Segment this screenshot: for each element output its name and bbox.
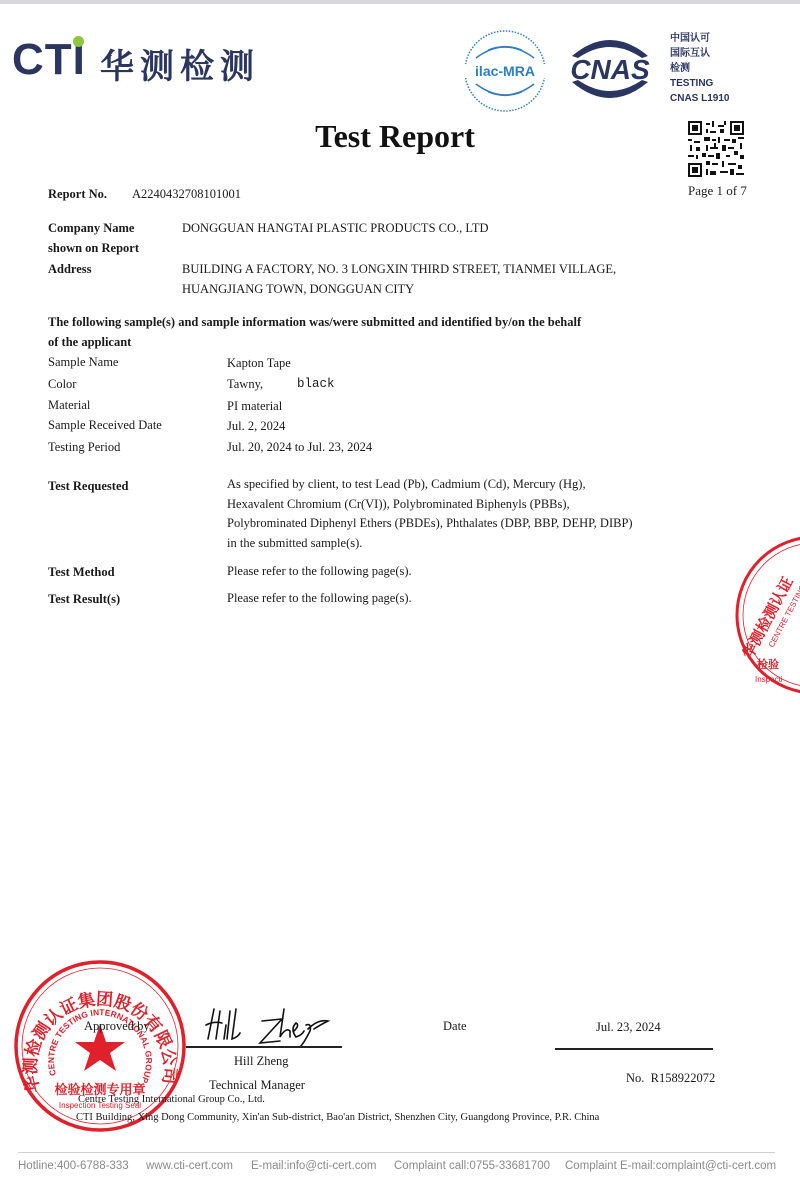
cnas-line: 国际互认 <box>670 46 729 61</box>
test-method-value: Please refer to the following page(s). <box>227 564 412 579</box>
date-line <box>555 1048 713 1050</box>
official-stamp-icon: 华测检测认证集团股份有限公司 CENTRE TESTING INTERNATIO… <box>12 958 188 1134</box>
svg-text:ilac-MRA: ilac-MRA <box>475 63 535 79</box>
field-label-color: Color <box>48 377 76 392</box>
address-line-1: BUILDING A FACTORY, NO. 3 LONGXIN THIRD … <box>182 262 616 277</box>
footer-divider <box>18 1152 775 1153</box>
svg-text:检验: 检验 <box>757 657 779 671</box>
cnas-line: TESTING <box>670 76 729 91</box>
svg-text:Inspecti: Inspecti <box>755 675 783 684</box>
report-no-label: Report No. <box>48 187 107 202</box>
test-requested-line: Polybrominated Diphenyl Ethers (PBDEs), … <box>227 516 633 531</box>
test-result-label: Test Result(s) <box>48 592 120 607</box>
report-title: Test Report <box>0 118 790 155</box>
date-label: Date <box>443 1019 467 1034</box>
field-label-testing-period: Testing Period <box>48 440 120 455</box>
test-requested-label: Test Requested <box>48 479 128 494</box>
company-label-2: shown on Report <box>48 241 139 256</box>
footer-hotline: Hotline:400-6788-333 <box>18 1160 129 1172</box>
footer-company-name: Centre Testing International Group Co., … <box>78 1094 265 1105</box>
page-indicator: Page 1 of 7 <box>688 183 747 199</box>
footer-website-link[interactable]: www.cti-cert.com <box>146 1160 233 1172</box>
signature-icon <box>200 1003 340 1047</box>
field-value-material: PI material <box>227 399 282 414</box>
approver-name: Hill Zheng <box>234 1054 289 1069</box>
approved-by-label: Approved by <box>84 1019 150 1034</box>
cti-logo-chinese: 华测检测 <box>100 50 260 84</box>
footer-complaint-email-link[interactable]: Complaint E-mail:complaint@cti-cert.com <box>565 1160 776 1172</box>
cnas-logo-icon: CNAS <box>562 32 658 106</box>
address-line-2: HUANGJIANG TOWN, DONGGUAN CITY <box>182 282 414 297</box>
logo-dot-icon <box>73 36 84 47</box>
sample-intro-2: of the applicant <box>48 335 131 350</box>
signature-line <box>186 1046 342 1048</box>
cnas-line: CNAS L1910 <box>670 91 729 106</box>
field-value-color-extra: black <box>297 377 335 391</box>
test-requested-line: in the submitted sample(s). <box>227 536 362 551</box>
footer-email-link[interactable]: E-mail:info@cti-cert.com <box>251 1160 376 1172</box>
test-result-value: Please refer to the following page(s). <box>227 591 412 606</box>
serial-number: No. R158922072 <box>626 1071 715 1086</box>
approver-position: Technical Manager <box>209 1078 305 1093</box>
test-method-label: Test Method <box>48 565 115 580</box>
field-value-received-date: Jul. 2, 2024 <box>227 419 285 434</box>
footer-complaint-call: Complaint call:0755-33681700 <box>394 1160 550 1172</box>
field-label-material: Material <box>48 398 90 413</box>
field-value-testing-period: Jul. 20, 2024 to Jul. 23, 2024 <box>227 440 372 455</box>
field-value-sample-name: Kapton Tape <box>227 356 291 371</box>
company-name: DONGGUAN HANGTAI PLASTIC PRODUCTS CO., L… <box>182 221 489 236</box>
test-requested-line: As specified by client, to test Lead (Pb… <box>227 477 586 492</box>
qr-code-icon[interactable] <box>688 121 744 177</box>
field-label-sample-name: Sample Name <box>48 355 118 370</box>
address-label: Address <box>48 262 92 277</box>
sample-intro: The following sample(s) and sample infor… <box>48 315 581 330</box>
company-label: Company Name <box>48 221 134 236</box>
footer-company-address: CTI Building, Xing Dong Community, Xin'a… <box>76 1112 599 1123</box>
report-no-value: A2240432708101001 <box>132 187 241 202</box>
top-border <box>0 0 800 4</box>
svg-text:CNAS: CNAS <box>570 54 650 85</box>
date-value: Jul. 23, 2024 <box>596 1020 661 1035</box>
official-stamp-partial-icon: 华测检测认证 CENTRE TESTING IN 检验 Inspecti <box>735 520 800 710</box>
cnas-accreditation-text: 中国认可 国际互认 检测 TESTING CNAS L1910 <box>670 31 729 106</box>
cnas-line: 检测 <box>670 61 729 76</box>
field-value-color: Tawny, <box>227 377 263 392</box>
cnas-line: 中国认可 <box>670 31 729 46</box>
ilac-mra-logo-icon: ilac-MRA <box>462 28 548 114</box>
field-label-received-date: Sample Received Date <box>48 418 162 433</box>
test-requested-line: Hexavalent Chromium (Cr(VI)), Polybromin… <box>227 497 570 512</box>
